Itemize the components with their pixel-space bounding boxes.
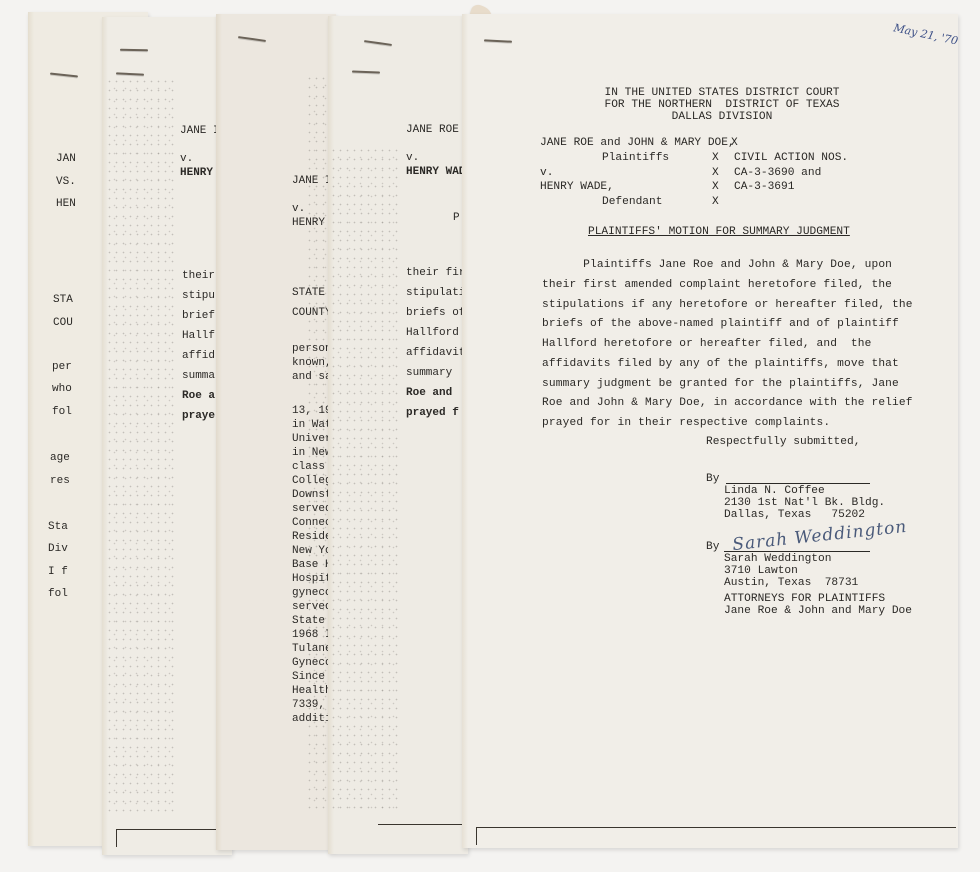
text-fragment: and sa: [292, 372, 332, 383]
body-line: summary judgment be granted for the plai…: [542, 378, 899, 390]
text-fragment: in New: [292, 448, 332, 459]
text-fragment: affid: [182, 351, 215, 362]
photocopy-speckle: [106, 77, 176, 815]
body-line: prayed for in their respective complaint…: [542, 417, 830, 429]
text-fragment: COUNTY: [292, 308, 332, 319]
bottom-border-tick: [476, 827, 477, 845]
closing: Respectfully submitted,: [706, 437, 860, 448]
text-fragment: STATE: [292, 288, 325, 299]
text-fragment: HENRY: [292, 218, 325, 229]
caption-defendant-name: HENRY WADE,: [540, 182, 614, 193]
signature-by-label: By: [706, 542, 719, 553]
caption-separator: X: [712, 197, 719, 208]
text-fragment: Roe and: [406, 388, 452, 399]
body-line: stipulations if any heretofore or hereaf…: [542, 299, 913, 311]
caption-versus: v.: [540, 168, 553, 179]
text-fragment: who: [52, 384, 72, 395]
text-fragment: I f: [48, 567, 68, 578]
bottom-border-tick: [116, 829, 117, 847]
text-fragment: Sta: [48, 522, 68, 533]
text-fragment: JANE I: [180, 126, 220, 137]
signature-by-label: By: [706, 474, 719, 485]
body-line: their first amended complaint heretofore…: [542, 279, 892, 291]
body-line: affidavits filed by any of the plaintiff…: [542, 358, 899, 370]
staple: [50, 73, 78, 78]
text-fragment: COU: [53, 318, 73, 329]
court-heading-line-1: IN THE UNITED STATES DISTRICT COURT: [572, 88, 872, 99]
text-fragment: summary: [406, 368, 452, 379]
text-fragment: STA: [53, 295, 73, 306]
attorneys-for: Jane Roe & John and Mary Doe: [724, 606, 912, 617]
text-fragment: stipulati: [406, 288, 465, 299]
document-sheet-4: JANE ROE v. HENRY WAD P their fir stipul…: [328, 16, 468, 854]
signature-line: [726, 483, 870, 484]
caption-defendant-label: Defendant: [602, 197, 662, 208]
text-fragment: Div: [48, 544, 68, 555]
staple: [364, 40, 392, 46]
staple: [120, 49, 148, 51]
text-fragment: JAN: [56, 154, 76, 165]
text-fragment: v.: [292, 204, 305, 215]
text-fragment: v.: [406, 153, 419, 164]
text-fragment: their: [182, 271, 215, 282]
staple: [116, 72, 144, 75]
text-fragment: known,: [292, 358, 332, 369]
attorney-name: Linda N. Coffee: [724, 486, 825, 497]
staple: [238, 36, 266, 42]
case-number-1: CA-3-3690 and: [734, 168, 821, 179]
text-fragment: Tulane: [292, 644, 332, 655]
text-fragment: Hallford: [406, 328, 459, 339]
text-fragment: their fir: [406, 268, 465, 279]
caption-separator: X: [712, 153, 719, 164]
body-line: Hallford heretofore or hereafter filed, …: [542, 338, 871, 350]
text-fragment: 13, 19: [292, 406, 332, 417]
signature-line: [724, 551, 870, 552]
text-fragment: Hallf: [182, 331, 215, 342]
body-line: Plaintiffs Jane Roe and John & Mary Doe,…: [542, 259, 892, 271]
text-fragment: summa: [182, 371, 215, 382]
court-heading-line-3: DALLAS DIVISION: [572, 112, 872, 123]
text-fragment: JANE ROE: [406, 125, 459, 136]
text-fragment: affidavit: [406, 348, 465, 359]
body-line: briefs of the above-named plaintiff and …: [542, 318, 899, 330]
attorney-address-2: Dallas, Texas 75202: [724, 510, 865, 521]
text-fragment: JANE I: [292, 176, 332, 187]
text-fragment: HENRY WAD: [406, 167, 465, 178]
handwritten-signature: Sarah Weddington: [731, 517, 908, 555]
bottom-border-line: [476, 827, 956, 828]
document-title: PLAINTIFFS' MOTION FOR SUMMARY JUDGMENT: [588, 227, 850, 238]
attorney-address-1: 2130 1st Nat'l Bk. Bldg.: [724, 498, 885, 509]
text-fragment: served: [292, 504, 332, 515]
text-fragment: served: [292, 602, 332, 613]
bottom-border-line: [378, 824, 468, 825]
civil-action-label: CIVIL ACTION NOS.: [734, 153, 848, 164]
caption-separator: X: [712, 182, 719, 193]
photocopy-speckle: [330, 146, 398, 814]
text-fragment: fol: [52, 407, 72, 418]
caption-plaintiffs-names: JANE ROE and JOHN & MARY DOE,: [540, 138, 735, 149]
text-fragment: HEN: [56, 199, 76, 210]
text-fragment: praye: [182, 411, 215, 422]
caption-separator: X: [731, 138, 738, 149]
attorney-name: Sarah Weddington: [724, 554, 831, 565]
attorneys-label: ATTORNEYS FOR PLAINTIFFS: [724, 594, 885, 605]
text-fragment: HENRY: [180, 168, 213, 179]
document-sheet-2: JANE I v. HENRY their stipu brief Hallf …: [102, 17, 232, 855]
caption-separator: X: [712, 168, 719, 179]
caption-plaintiffs-label: Plaintiffs: [602, 153, 669, 164]
text-fragment: v.: [180, 154, 193, 165]
bottom-border-line: [116, 829, 232, 830]
document-sheet-3: JANE I v. HENRY STATE COUNTY person know…: [216, 14, 336, 850]
text-fragment: P: [453, 213, 460, 224]
text-fragment: 1968 I: [292, 630, 332, 641]
staple: [484, 39, 512, 42]
front-page-motion: IN THE UNITED STATES DISTRICT COURT FOR …: [462, 14, 958, 848]
text-fragment: stipu: [182, 291, 215, 302]
text-fragment: brief: [182, 311, 215, 322]
text-fragment: prayed f: [406, 408, 459, 419]
text-fragment: per: [52, 362, 72, 373]
case-number-2: CA-3-3691: [734, 182, 794, 193]
body-line: Roe and John & Mary Doe, in accordance w…: [542, 397, 913, 409]
text-fragment: age: [50, 453, 70, 464]
staple: [352, 71, 380, 74]
text-fragment: person: [292, 344, 332, 355]
text-fragment: fol: [48, 589, 68, 600]
text-fragment: briefs of: [406, 308, 465, 319]
text-fragment: VS.: [56, 177, 76, 188]
attorney-address-2: Austin, Texas 78731: [724, 578, 858, 589]
text-fragment: res: [50, 476, 70, 487]
court-heading-line-2: FOR THE NORTHERN DISTRICT OF TEXAS: [572, 100, 872, 111]
text-fragment: Roe a: [182, 391, 215, 402]
attorney-address-1: 3710 Lawton: [724, 566, 798, 577]
